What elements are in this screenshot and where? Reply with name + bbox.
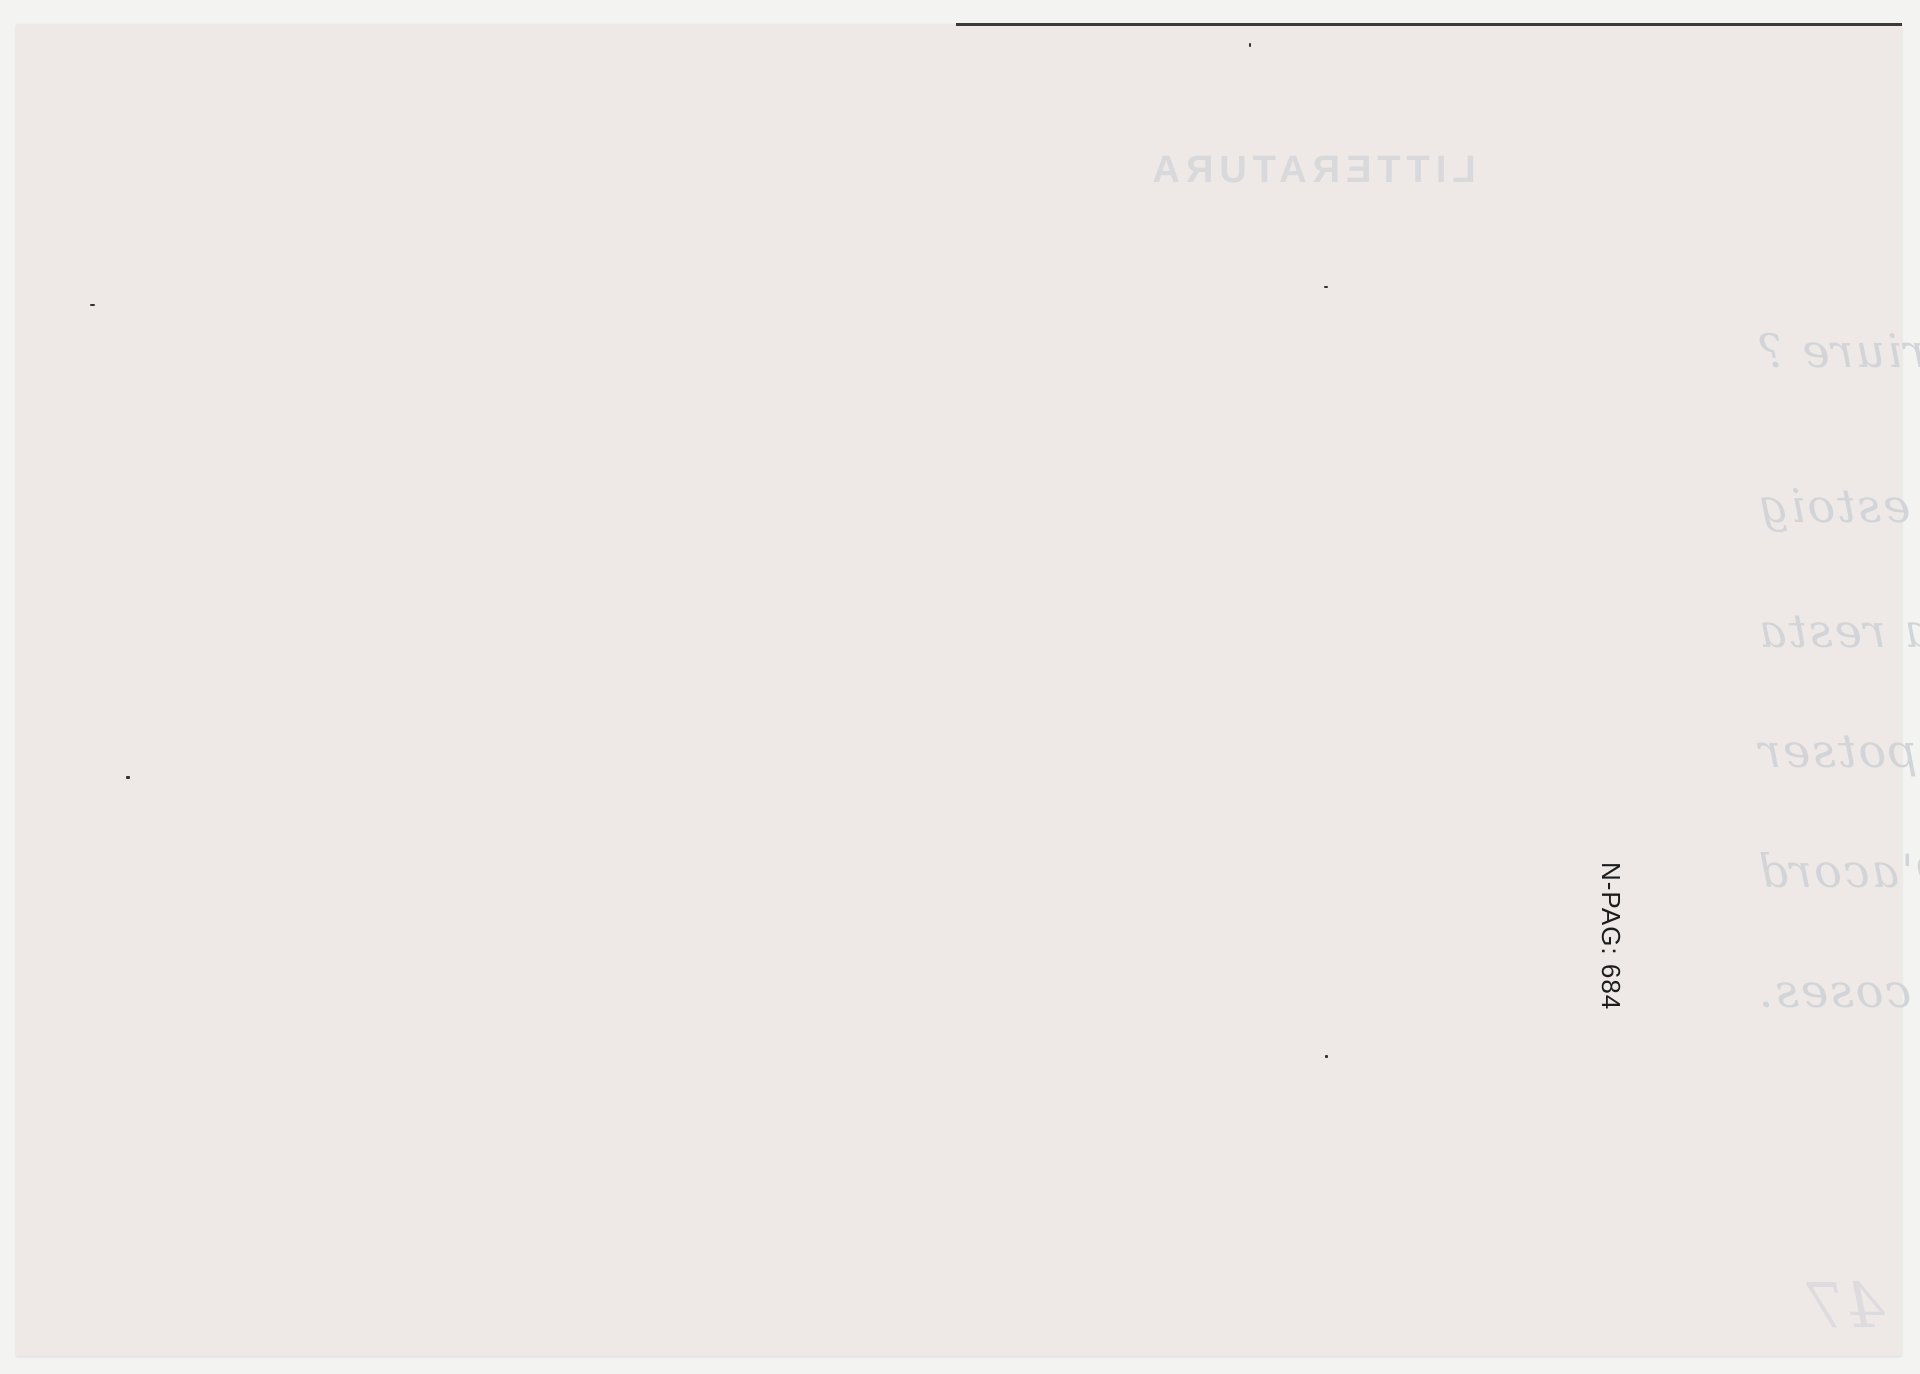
showthrough-handwriting-line: no ha d'escriure cent coses. (1757, 964, 1920, 1018)
showthrough-page-number: 47 (1806, 1269, 1885, 1342)
handwriting-text: i posar-hi aquí, lentament el paper. La … (1757, 604, 1920, 658)
handwriting-text: Només m'ha limitat a tenir un sentit d'u… (1757, 479, 1920, 533)
handwriting-text: ho ha fet l'encomanà de la frase o potse… (1757, 724, 1920, 778)
showthrough-handwriting-line: i posar-hi aquí, lentament el paper. La … (1757, 604, 1920, 658)
dust-speck (1325, 1055, 1328, 1058)
scanned-paper-sheet: LITTERATURA Per què m'he fet escriure ? … (16, 24, 1902, 1356)
dust-speck (90, 304, 95, 306)
dust-speck (1249, 43, 1251, 47)
showthrough-handwriting-line: la successió a la perspectiva de l'estat… (1757, 844, 1920, 898)
page-number-stamp: N-PAG: 684 (1595, 862, 1626, 1010)
showthrough-handwriting-line: Només m'ha limitat a tenir un sentit d'u… (1757, 479, 1920, 533)
handwriting-text: no ha d'escriure cent coses. (1757, 964, 1920, 1018)
dust-speck (1324, 286, 1328, 288)
showthrough-heading: LITTERATURA (1131, 149, 1491, 192)
top-edge-shadow-line (956, 23, 1902, 26)
dust-speck (126, 776, 130, 779)
showthrough-handwriting-line: Per què m'he fet escriure ? (1757, 324, 1920, 378)
handwriting-text: Per què m'he fet escriure ? (1757, 324, 1920, 378)
showthrough-handwriting-line: ho ha fet l'encomanà de la frase o potse… (1757, 724, 1920, 778)
handwriting-text: la successió a la perspectiva de l'estat… (1757, 844, 1920, 898)
